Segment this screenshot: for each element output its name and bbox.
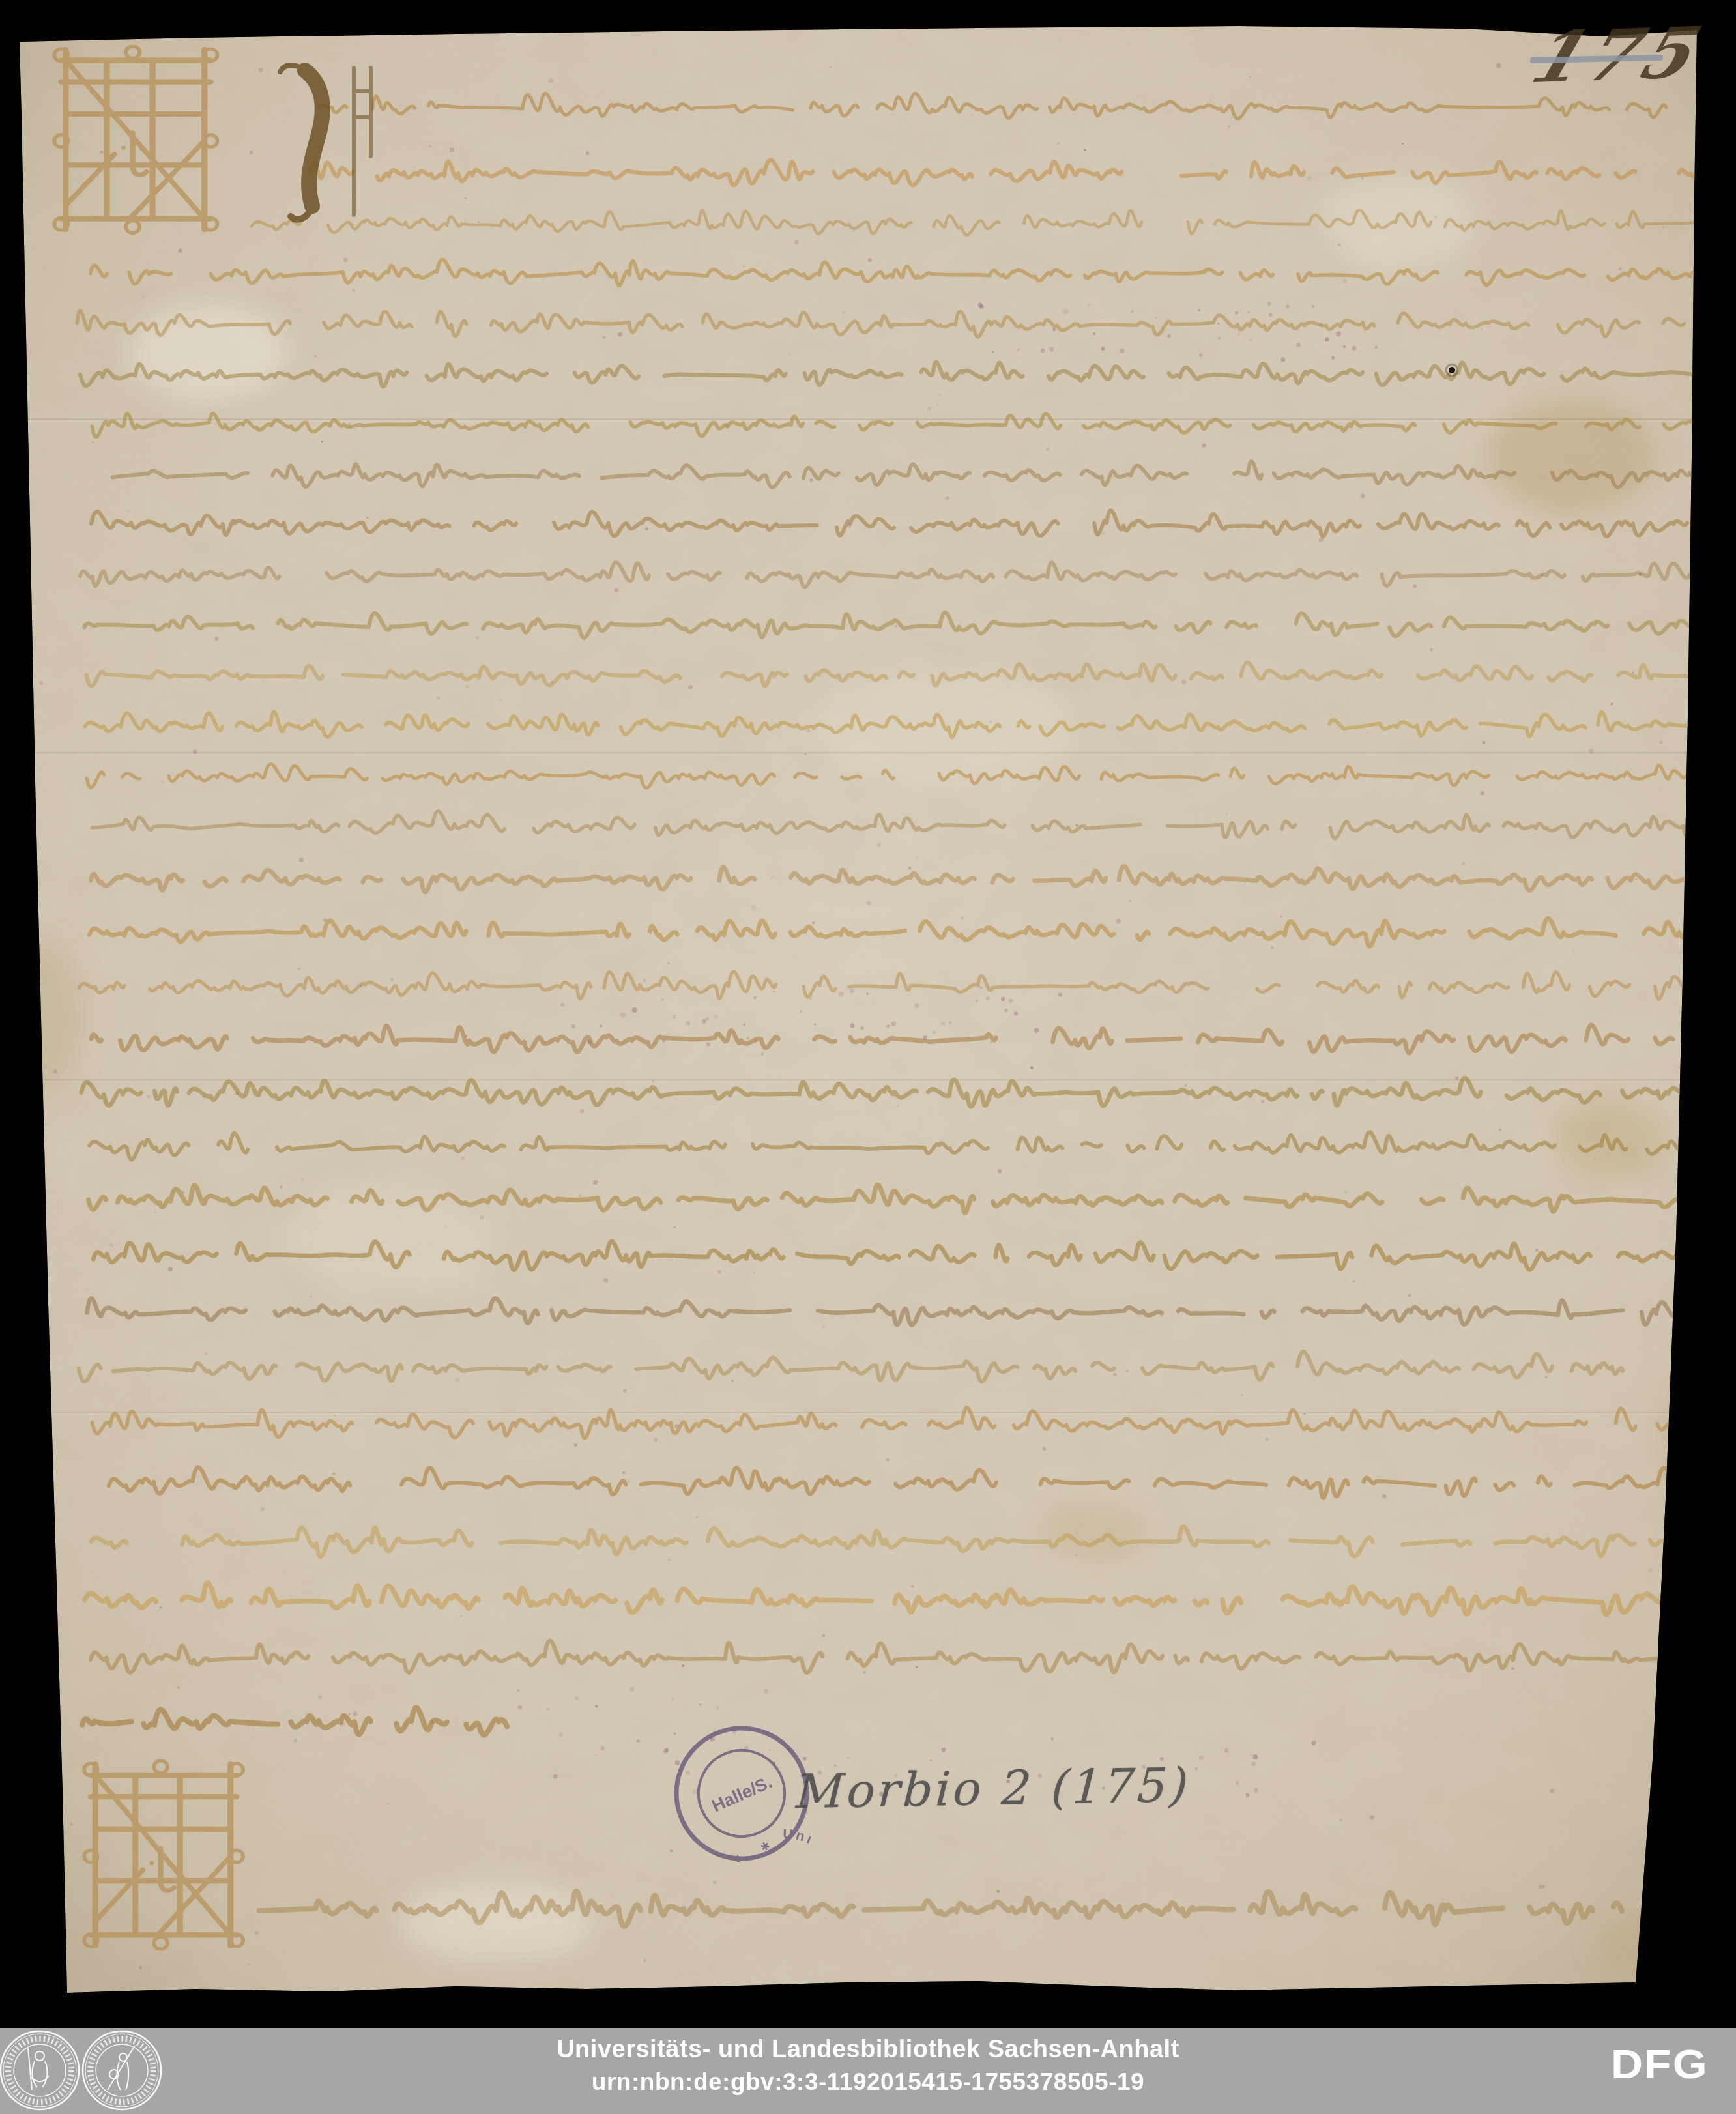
parchment-vignette — [13, 20, 1714, 2001]
digitized-manuscript-viewer: 175 Universitäts- u. Landesbibliothek Ha… — [0, 0, 1736, 2114]
viewer-footer-bar: Universitäts- und Landesbibliothek Sachs… — [0, 2028, 1736, 2114]
folio-number: 175 — [1531, 17, 1675, 102]
shelfmark-annotation: Morbio 2 (175) — [795, 1758, 1192, 1819]
library-name: Universitäts- und Landesbibliothek Sachs… — [0, 2036, 1736, 2064]
urn-identifier: urn:nbn:de:gbv:3:3-1192015415-1755378505… — [0, 2068, 1736, 2096]
stamp-center-text: Halle/S. — [709, 1772, 775, 1816]
library-stamp: Universitäts- u. Landesbibliothek Halle/… — [673, 1724, 811, 1862]
dfg-logo: DFG — [1611, 2044, 1709, 2085]
